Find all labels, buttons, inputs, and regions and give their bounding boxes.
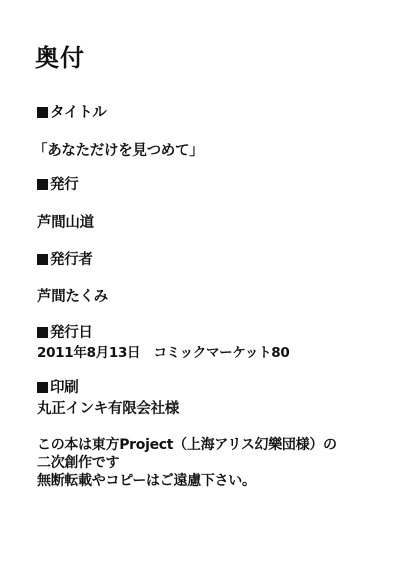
- section-value-publisher-circle: 芦間山道: [37, 214, 94, 232]
- notice-line-2: 二次創作です: [37, 454, 119, 472]
- section-value-printer: 丸正インキ有限会社様: [37, 400, 179, 418]
- square-bullet-icon: [37, 107, 48, 118]
- square-bullet-icon: [37, 327, 48, 338]
- section-value-date: 2011年8月13日 コミックマーケット80: [37, 344, 290, 362]
- square-bullet-icon: [37, 254, 48, 265]
- section-heading-publisher-circle: 発行: [37, 176, 78, 194]
- notice-line-1: この本は東方Project（上海アリス幻樂団様）の: [37, 436, 337, 454]
- section-value-title: 「あなただけを見つめて」: [33, 142, 203, 160]
- section-heading-printer: 印刷: [37, 379, 78, 397]
- section-heading-date: 発行日: [37, 324, 93, 342]
- section-heading-publisher: 発行者: [37, 251, 93, 269]
- page-title: 奥付: [35, 43, 85, 73]
- section-value-publisher: 芦間たくみ: [37, 288, 108, 306]
- notice-line-3: 無断転載やコピーはご遠慮下さい。: [37, 472, 256, 490]
- square-bullet-icon: [37, 179, 48, 190]
- section-heading-title: タイトル: [37, 104, 107, 122]
- square-bullet-icon: [37, 382, 48, 393]
